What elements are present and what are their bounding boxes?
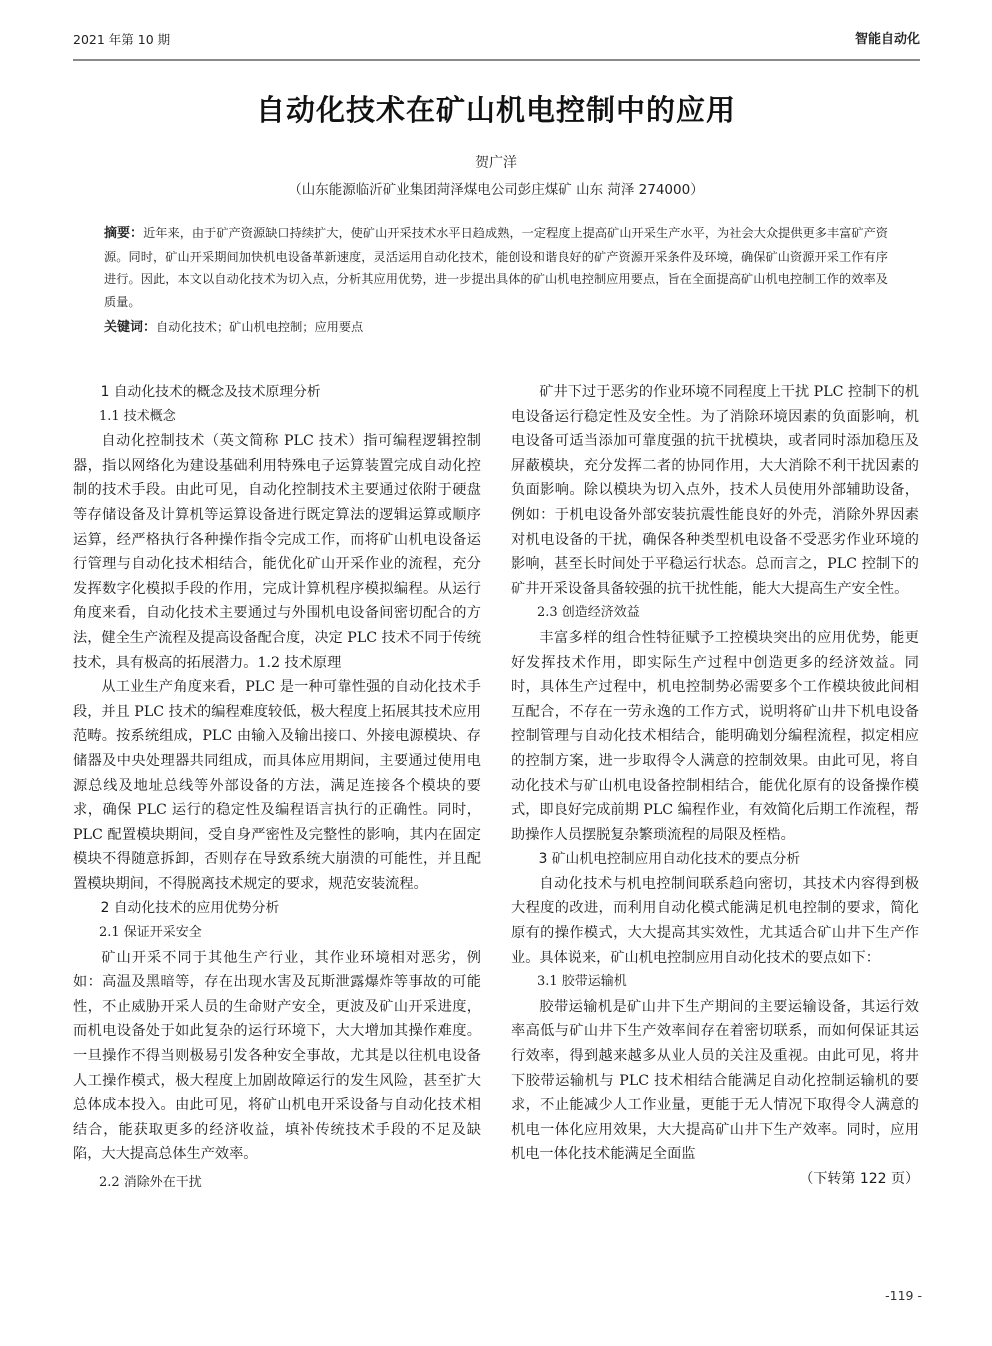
paragraph: 丰富多样的组合性特征赋予工控模块突出的应用优势，能更好发挥技术作用，即实际生产过…: [511, 626, 919, 847]
subsection-heading-2-2: 2.2 消除外在干扰: [73, 1171, 481, 1196]
header-divider: [73, 59, 920, 61]
paragraph: 矿山开采不同于其他生产行业，其作业环境相对恶劣，例如：高温及黑暗等，存在出现水害…: [73, 946, 481, 1167]
paragraph: 自动化控制技术（英文简称 PLC 技术）指可编程逻辑控制器，指以网络化为建设基础…: [73, 429, 481, 675]
paragraph: 自动化技术与机电控制间联系趋向密切，其技术内容得到极大程度的改进，而利用自动化模…: [511, 872, 919, 970]
page-number: -119 -: [885, 1288, 922, 1303]
subsection-heading-3-1: 3.1 胶带运输机: [511, 970, 919, 995]
section-heading-3: 3 矿山机电控制应用自动化技术的要点分析: [511, 847, 919, 872]
subsection-heading-1-1: 1.1 技术概念: [73, 405, 481, 430]
subsection-heading-2-3: 2.3 创造经济效益: [511, 601, 919, 626]
journal-issue: 2021 年第 10 期: [73, 30, 170, 48]
keywords-text: 自动化技术；矿山机电控制；应用要点: [156, 320, 363, 334]
left-column: 1 自动化技术的概念及技术原理分析 1.1 技术概念 自动化控制技术（英文简称 …: [73, 380, 481, 1196]
abstract-label: 摘要：: [104, 226, 143, 241]
paragraph: 从工业生产角度来看，PLC 是一种可靠性强的自动化技术手段，并且 PLC 技术的…: [73, 675, 481, 896]
section-heading-1: 1 自动化技术的概念及技术原理分析: [73, 380, 481, 405]
keywords: 关键词：自动化技术；矿山机电控制；应用要点: [104, 316, 888, 339]
keywords-label: 关键词：: [104, 320, 156, 335]
continued-note: （下转第 122 页）: [511, 1167, 919, 1192]
paragraph: 矿井下过于恶劣的作业环境不同程度上干扰 PLC 控制下的机电设备运行稳定性及安全…: [511, 380, 919, 601]
affiliation: （山东能源临沂矿业集团菏泽煤电公司彭庄煤矿 山东 菏泽 274000）: [0, 178, 992, 198]
section-heading-2: 2 自动化技术的应用优势分析: [73, 896, 481, 921]
journal-section: 智能自动化: [855, 28, 920, 47]
subsection-heading-2-1: 2.1 保证开采安全: [73, 921, 481, 946]
article-title: 自动化技术在矿山机电控制中的应用: [0, 88, 992, 129]
abstract: 摘要：近年来，由于矿产资源缺口持续扩大，使矿山开采技术水平日趋成熟，一定程度上提…: [104, 222, 888, 313]
right-column: 矿井下过于恶劣的作业环境不同程度上干扰 PLC 控制下的机电设备运行稳定性及安全…: [511, 380, 919, 1192]
abstract-text: 近年来，由于矿产资源缺口持续扩大，使矿山开采技术水平日趋成熟，一定程度上提高矿山…: [104, 226, 888, 309]
paragraph: 胶带运输机是矿山井下生产期间的主要运输设备，其运行效率高低与矿山井下生产效率间存…: [511, 995, 919, 1167]
author: 贺广洋: [0, 152, 992, 172]
